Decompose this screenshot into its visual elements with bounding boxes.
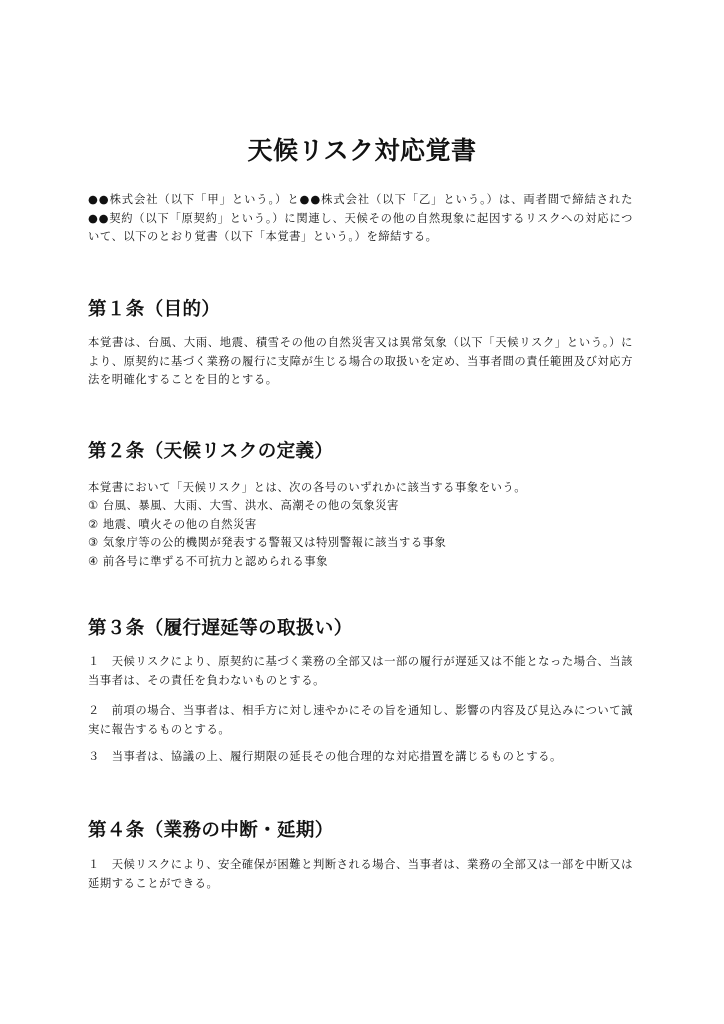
article-1-paragraph: 本覚書は、台風、大雨、地震、積雪その他の自然災害又は異常気象（以下「天候リスク」… — [88, 334, 633, 390]
article-3-clause-3: ３ 当事者は、協議の上、履行期限の延長その他合理的な対応措置を講じるものとする。 — [88, 748, 633, 767]
article-3-clause-2: ２ 前項の場合、当事者は、相手方に対し速やかにその旨を通知し、影響の内容及び見込… — [88, 702, 633, 739]
list-item: ① 台風、暴風、大雨、大雪、洪水、高潮その他の気象災害 — [88, 497, 633, 516]
article-1-heading: 第１条（目的） — [88, 297, 220, 323]
article-2-item-list: ① 台風、暴風、大雨、大雪、洪水、高潮その他の気象災害 ② 地震、噴火その他の自… — [88, 497, 633, 571]
document-page: 天候リスク対応覚書 ●●株式会社（以下「甲」という。）と●●株式会社（以下「乙」… — [0, 0, 724, 1024]
list-item: ④ 前各号に準ずる不可抗力と認められる事象 — [88, 553, 633, 572]
document-title: 天候リスク対応覚書 — [0, 134, 724, 168]
article-3-clause-1: １ 天候リスクにより、原契約に基づく業務の全部又は一部の履行が遅延又は不能となっ… — [88, 653, 633, 690]
article-2-heading: 第２条（天候リスクの定義） — [88, 439, 333, 465]
preamble-paragraph: ●●株式会社（以下「甲」という。）と●●株式会社（以下「乙」という。）は、両者間… — [88, 191, 633, 247]
list-item: ③ 気象庁等の公的機関が発表する警報又は特別警報に該当する事象 — [88, 534, 633, 553]
article-4-clause-1: １ 天候リスクにより、安全確保が困難と判断される場合、当事者は、業務の全部又は一… — [88, 856, 633, 893]
article-3-heading: 第３条（履行遅延等の取扱い） — [88, 616, 353, 642]
article-2-intro: 本覚書において「天候リスク」とは、次の各号のいずれかに該当する事象をいう。 — [88, 479, 633, 498]
article-4-heading: 第４条（業務の中断・延期） — [88, 818, 334, 844]
list-item: ② 地震、噴火その他の自然災害 — [88, 516, 633, 535]
